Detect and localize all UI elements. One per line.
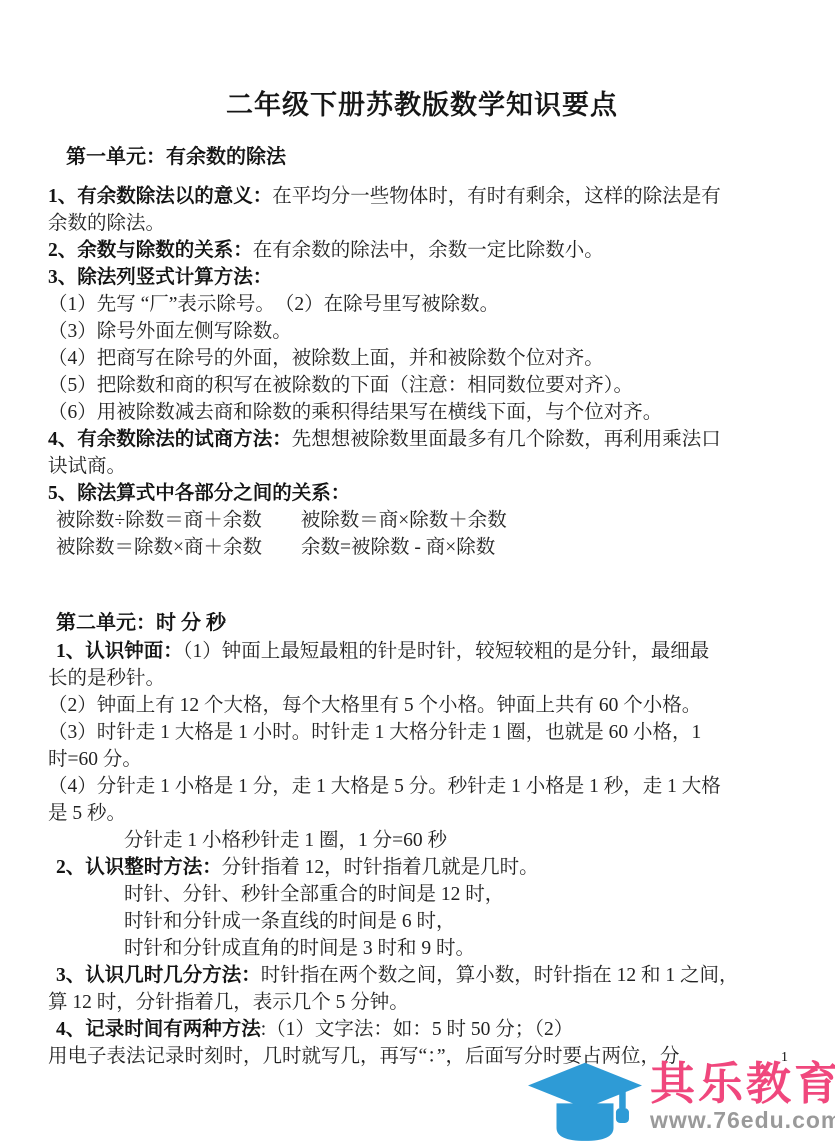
line-bold-lead: 5、除法算式中各部分之间的关系： — [48, 483, 350, 504]
line-text: 先想想被除数里面最多有几个除数，再利用乘法口 — [292, 429, 721, 450]
text-line: （3）除号外面左侧写除数。 — [48, 318, 796, 345]
line-bold-lead: 3、认识几时几分方法： — [56, 965, 261, 986]
text-line: （4）分针走 1 小格是 1 分，走 1 大格是 5 分。秒针走 1 小格是 1… — [48, 773, 796, 800]
text-line: 1、认识钟面：（1）钟面上最短最粗的针是时针，较短较粗的是分针，最细最 — [48, 638, 796, 665]
line-text: （5）把除数和商的积写在被除数的下面（注意：相同数位要对齐）。 — [48, 375, 633, 396]
line-text: 时针、分针、秒针全部重合的时间是 12 时， — [124, 884, 504, 905]
text-line: 余数的除法。 — [48, 210, 796, 237]
line-text: 在有余数的除法中，余数一定比除数小。 — [253, 240, 604, 261]
text-line: 1、有余数除法以的意义：在平均分一些物体时，有时有剩余，这样的除法是有 — [48, 183, 796, 210]
text-line: 长的是秒针。 — [48, 665, 796, 692]
line-text: 被除数÷除数＝商＋余数 被除数＝商×除数＋余数 — [56, 510, 507, 531]
site-url-text: www.76edu.com — [650, 1108, 835, 1132]
text-line: （1）先写 “厂”表示除号。 （2）在除号里写被除数。 — [48, 291, 796, 318]
line-text: 是 5 秒。 — [48, 803, 126, 824]
line-text: 被除数＝除数×商＋余数 余数=被除数 - 商×除数 — [56, 537, 495, 558]
text-line: 被除数÷除数＝商＋余数 被除数＝商×除数＋余数 — [48, 507, 796, 534]
line-bold-lead: 4、记录时间有两种方法 — [56, 1019, 261, 1040]
section-heading: 第二单元：时 分 秒 — [48, 610, 796, 636]
text-line: （2）钟面上有 12 个大格，每个大格里有 5 个小格。钟面上共有 60 个小格… — [48, 692, 796, 719]
document-body: 第一单元：有余数的除法1、有余数除法以的意义：在平均分一些物体时，有时有剩余，这… — [48, 144, 796, 1070]
document-title: 二年级下册苏教版数学知识要点 — [48, 88, 796, 122]
line-text: 算 12 时，分针指着几，表示几个 5 分钟。 — [48, 992, 409, 1013]
line-text: 诀试商。 — [48, 456, 126, 477]
text-line: 被除数＝除数×商＋余数 余数=被除数 - 商×除数 — [48, 534, 796, 561]
line-bold-lead: 2、认识整时方法： — [56, 857, 222, 878]
line-text: （1）钟面上最短最粗的针是时针，较短较粗的是分针，最细最 — [183, 641, 710, 662]
text-line: 时针和分针成直角的时间是 3 时和 9 时。 — [48, 935, 796, 962]
section: 第二单元：时 分 秒1、认识钟面：（1）钟面上最短最粗的针是时针，较短较粗的是分… — [48, 610, 796, 1070]
line-text: 时针和分针成直角的时间是 3 时和 9 时。 — [124, 938, 475, 959]
line-text: （6）用被除数减去商和除数的乘积得结果写在横线下面，与个位对齐。 — [48, 402, 662, 423]
section-lines: 1、认识钟面：（1）钟面上最短最粗的针是时针，较短较粗的是分针，最细最长的是秒针… — [48, 638, 796, 1070]
brand-text: 其乐教育 — [650, 1061, 835, 1107]
logo-text-block: 其乐教育 www.76edu.com — [650, 1061, 835, 1132]
text-line: 2、余数与除数的关系：在有余数的除法中，余数一定比除数小。 — [48, 237, 796, 264]
section: 第一单元：有余数的除法1、有余数除法以的意义：在平均分一些物体时，有时有剩余，这… — [48, 144, 796, 561]
text-line: （5）把除数和商的积写在被除数的下面（注意：相同数位要对齐）。 — [48, 372, 796, 399]
line-text: （3）除号外面左侧写除数。 — [48, 321, 292, 342]
text-line: （4）把商写在除号的外面，被除数上面，并和被除数个位对齐。 — [48, 345, 796, 372]
line-text: （2）钟面上有 12 个大格，每个大格里有 5 个小格。钟面上共有 60 个小格… — [48, 695, 701, 716]
text-line: 分针走 1 小格秒针走 1 圈，1 分=60 秒 — [48, 827, 796, 854]
line-text: 时针和分针成一条直线的时间是 6 时， — [124, 911, 456, 932]
line-text: 余数的除法。 — [48, 213, 165, 234]
line-text: 分针指着 12，时针指着几就是几时。 — [222, 857, 539, 878]
text-line: 时=60 分。 — [48, 746, 796, 773]
text-line: 3、除法列竖式计算方法： — [48, 264, 796, 291]
graduation-cap-icon — [528, 1061, 642, 1145]
line-bold-lead: 1、有余数除法以的意义： — [48, 186, 272, 207]
line-text: （3）时针走 1 大格是 1 小时。时针走 1 大格分针走 1 圈，也就是 60… — [48, 722, 701, 743]
line-bold-lead: 1、认识钟面： — [56, 641, 183, 662]
text-line: 时针和分针成一条直线的时间是 6 时， — [48, 908, 796, 935]
line-bold-lead: 3、除法列竖式计算方法： — [48, 267, 272, 288]
document-page: 二年级下册苏教版数学知识要点 第一单元：有余数的除法1、有余数除法以的意义：在平… — [48, 0, 796, 1070]
watermark-logo: 其乐教育 www.76edu.com — [528, 1061, 835, 1145]
line-bold-lead: 4、有余数除法的试商方法： — [48, 429, 292, 450]
text-line: （3）时针走 1 大格是 1 小时。时针走 1 大格分针走 1 圈，也就是 60… — [48, 719, 796, 746]
line-text: 时=60 分。 — [48, 749, 142, 770]
text-line: 时针、分针、秒针全部重合的时间是 12 时， — [48, 881, 796, 908]
line-text: 长的是秒针。 — [48, 668, 165, 689]
text-line: 是 5 秒。 — [48, 800, 796, 827]
line-text: （1）先写 “厂”表示除号。 （2）在除号里写被除数。 — [48, 294, 499, 315]
text-line: 5、除法算式中各部分之间的关系： — [48, 480, 796, 507]
text-line: 4、记录时间有两种方法:（1）文字法：如：5 时 50 分；（2） — [48, 1016, 796, 1043]
text-line: 算 12 时，分针指着几，表示几个 5 分钟。 — [48, 989, 796, 1016]
line-text: :（1）文字法：如：5 时 50 分；（2） — [261, 1019, 574, 1040]
text-line: 2、认识整时方法：分针指着 12，时针指着几就是几时。 — [48, 854, 796, 881]
text-line: 3、认识几时几分方法：时针指在两个数之间，算小数，时针指在 12 和 1 之间， — [48, 962, 796, 989]
line-text: （4）把商写在除号的外面，被除数上面，并和被除数个位对齐。 — [48, 348, 604, 369]
line-bold-lead: 2、余数与除数的关系： — [48, 240, 253, 261]
text-line: 诀试商。 — [48, 453, 796, 480]
line-text: 分针走 1 小格秒针走 1 圈，1 分=60 秒 — [124, 830, 447, 851]
line-text: 在平均分一些物体时，有时有剩余，这样的除法是有 — [272, 186, 721, 207]
section-heading: 第一单元：有余数的除法 — [48, 144, 796, 170]
line-text: （4）分针走 1 小格是 1 分，走 1 大格是 5 分。秒针走 1 小格是 1… — [48, 776, 721, 797]
page-number: 1 — [781, 1050, 788, 1066]
section-lines: 1、有余数除法以的意义：在平均分一些物体时，有时有剩余，这样的除法是有余数的除法… — [48, 183, 796, 561]
text-line: （6）用被除数减去商和除数的乘积得结果写在横线下面，与个位对齐。 — [48, 399, 796, 426]
text-line: 4、有余数除法的试商方法：先想想被除数里面最多有几个除数，再利用乘法口 — [48, 426, 796, 453]
line-text: 时针指在两个数之间，算小数，时针指在 12 和 1 之间， — [261, 965, 739, 986]
